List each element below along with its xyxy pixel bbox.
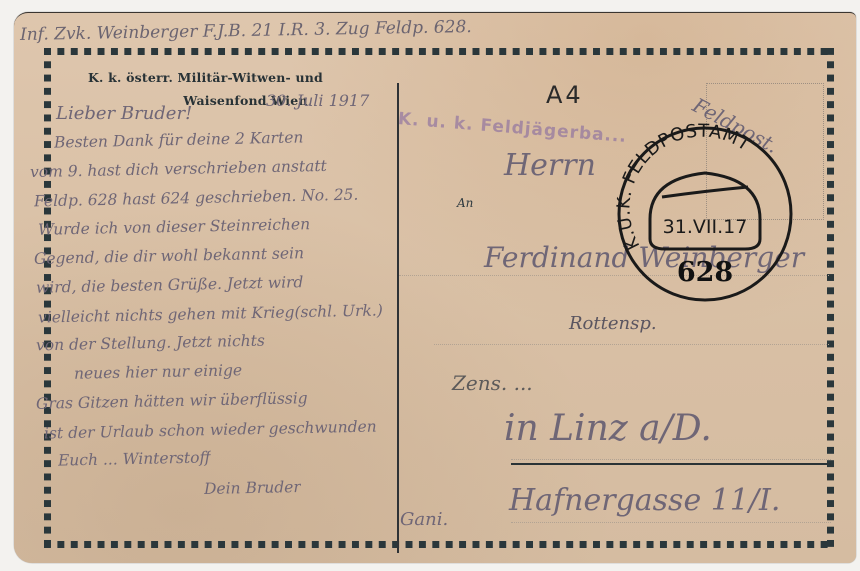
censor-mark: Zens. ...	[452, 371, 533, 395]
message-line: ist der Urlaub schon wieder geschwunden	[44, 418, 377, 443]
message-line: Wurde ich von dieser Steinreichen	[38, 215, 310, 239]
city-underline	[511, 463, 831, 465]
message-line: wird, die besten Grüße. Jetzt wird	[36, 273, 304, 297]
feldpostamt-postmark: K.U.K. FELDPOSTAMT 31.VII.17 628	[610, 121, 800, 307]
postmark-date: 31.VII.17	[663, 216, 748, 238]
address-line-3	[511, 459, 831, 460]
unit-rubber-stamp: K. u. k. Feldjägerba...	[397, 109, 627, 147]
frame-left	[44, 48, 51, 548]
message-line: vom 9. hast dich verschrieben anstatt	[30, 157, 327, 181]
recipient-line-unit: Rottensp.	[569, 313, 657, 334]
message-line: Feldp. 628 hast 624 geschrieben. No. 25.	[34, 186, 359, 211]
an-label: An	[457, 196, 473, 210]
center-divider	[397, 83, 399, 553]
recipient-line-city: in Linz a/D.	[504, 408, 712, 449]
message-line: Euch ... Winterstoff	[58, 448, 211, 469]
frame-top	[44, 48, 834, 55]
recipient-line-street: Hafnergasse 11/I.	[509, 483, 780, 518]
frame-bottom	[44, 541, 834, 548]
message-line: Gras Gitzen hätten wir überflüssig	[36, 389, 308, 413]
message-line: von der Stellung. Jetzt nichts	[36, 332, 265, 355]
top-margin-note: Inf. Zvk. Weinberger F.J.B. 21 I.R. 3. Z…	[20, 17, 472, 45]
message-date: 30. Juli 1917	[266, 91, 369, 110]
message-closing-right: Gani.	[400, 509, 448, 530]
frame-right	[827, 48, 834, 548]
address-line-2	[434, 344, 829, 345]
message-line: neues hier nur einige	[74, 361, 242, 383]
message-salutation: Lieber Bruder!	[56, 103, 192, 124]
printed-header-line1: K. k. österr. Militär-Witwen- und	[14, 70, 397, 85]
recipient-line-herrn: Herrn	[504, 148, 596, 183]
archive-annotation: A4	[546, 81, 584, 109]
postmark-number: 628	[677, 257, 733, 288]
postcard: Inf. Zvk. Weinberger F.J.B. 21 I.R. 3. Z…	[14, 12, 856, 563]
address-line-4	[511, 522, 831, 523]
message-line: Gegend, die dir wohl bekannt sein	[34, 244, 304, 268]
message-line: Dein Bruder	[204, 478, 301, 498]
message-line: vielleicht nichts gehen mit Krieg(schl. …	[38, 301, 383, 326]
message-line: Besten Dank für deine 2 Karten	[54, 128, 304, 151]
